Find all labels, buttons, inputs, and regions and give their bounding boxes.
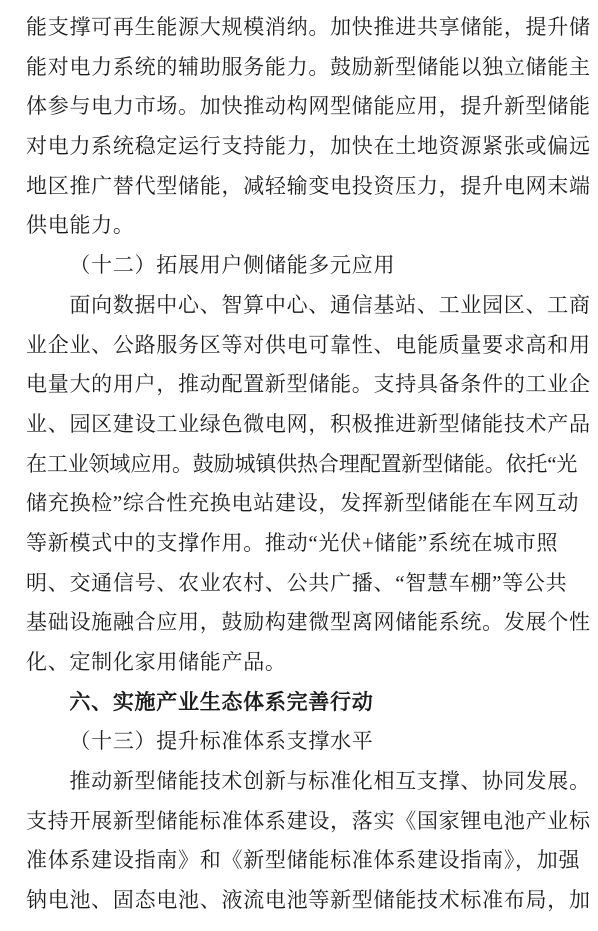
body-text-line: 储充换检”综合性充换电站建设，发挥新型储能在车网互动 — [26, 484, 592, 524]
body-text-line: 供电能力。 — [26, 206, 592, 246]
body-text-line: 支持开展新型储能标准体系建设，落实《国家锂电池产业标 — [26, 802, 592, 842]
body-text-line: 化、定制化家用储能产品。 — [26, 643, 592, 683]
body-text-line: 等新模式中的支撑作用。推动“光伏+储能”系统在城市照 — [26, 524, 592, 564]
body-text-line: 面向数据中心、智算中心、通信基站、工业园区、工商 — [26, 286, 592, 326]
subsection-heading-13: （十三）提升标准体系支撑水平 — [26, 722, 592, 762]
body-text-line: 在工业领域应用。鼓励城镇供热合理配置新型储能。依托“光 — [26, 445, 592, 485]
body-text-line: 业企业、公路服务区等对供电可靠性、电能质量要求高和用 — [26, 326, 592, 366]
section-heading-6: 六、实施产业生态体系完善行动 — [26, 683, 592, 723]
body-text-line: 地区推广替代型储能，减轻输变电投资压力，提升电网末端 — [26, 167, 592, 207]
body-text-line: 基础设施融合应用，鼓励构建微型离网储能系统。发展个性 — [26, 603, 592, 643]
body-text-line: 电量大的用户，推动配置新型储能。支持具备条件的工业企 — [26, 365, 592, 405]
document-text: 能支撑可再生能源大规模消纳。加快推进共享储能，提升储 能对电力系统的辅助服务能力… — [26, 8, 592, 921]
body-text-line: 体参与电力市场。加快推动构网型储能应用，提升新型储能 — [26, 87, 592, 127]
body-text-line: 准体系建设指南》和《新型储能标准体系建设指南》，加强 — [26, 841, 592, 881]
body-text-line: 明、交通信号、农业农村、公共广播、“智慧车棚”等公共 — [26, 564, 592, 604]
body-text-line: 能支撑可再生能源大规模消纳。加快推进共享储能，提升储 — [26, 8, 592, 48]
document-page: 能支撑可再生能源大规模消纳。加快推进共享储能，提升储 能对电力系统的辅助服务能力… — [0, 0, 598, 931]
subsection-heading-12: （十二）拓展用户侧储能多元应用 — [26, 246, 592, 286]
body-text-line: 推动新型储能技术创新与标准化相互支撑、协同发展。 — [26, 762, 592, 802]
body-text-line: 能对电力系统的辅助服务能力。鼓励新型储能以独立储能主 — [26, 48, 592, 88]
body-text-line: 钠电池、固态电池、液流电池等新型储能技术标准布局，加 — [26, 881, 592, 921]
body-text-line: 业、园区建设工业绿色微电网，积极推进新型储能技术产品 — [26, 405, 592, 445]
body-text-line: 对电力系统稳定运行支持能力，加快在土地资源紧张或偏远 — [26, 127, 592, 167]
